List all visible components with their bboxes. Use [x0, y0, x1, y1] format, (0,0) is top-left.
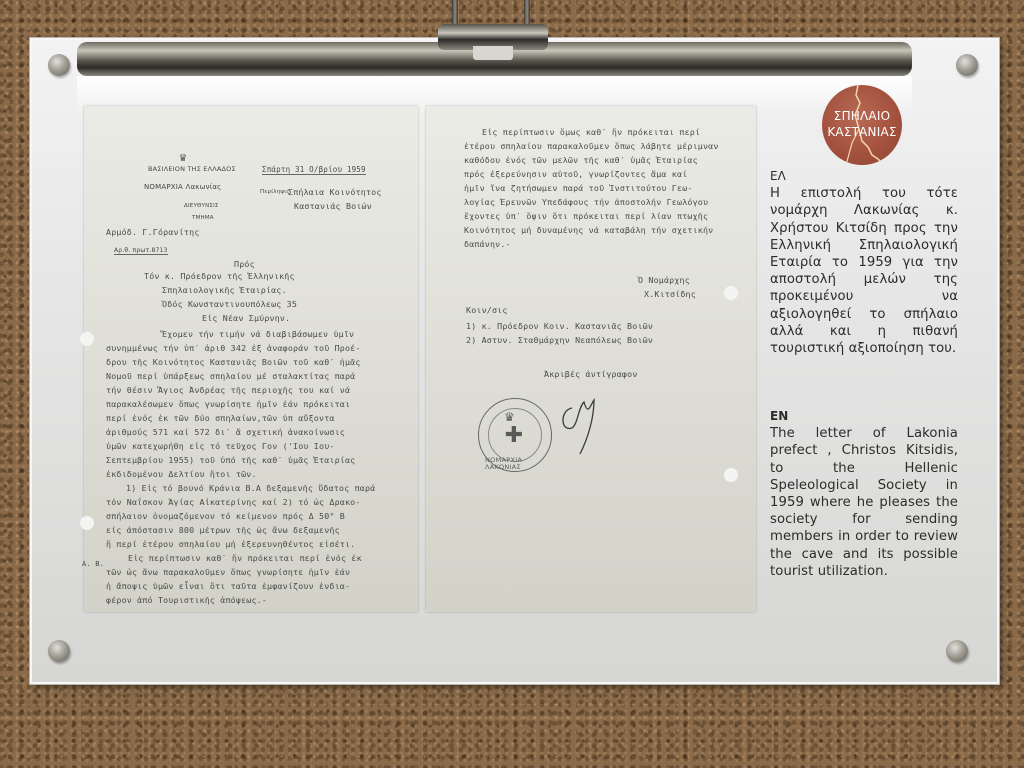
letter-line: τῶν ὡς ἄνω παρακαλοῦμεν ὅπως γνωρίσητε ἡ…	[106, 568, 350, 576]
caption-english: EN The letter of Lakonia prefect , Chris…	[770, 408, 958, 580]
logo-title-line2: ΚΑΣΤΑΝΙΑΣ	[822, 125, 902, 139]
letter-line: σπήλαιον ὀνομαζόμενον τό κείμενον πρός Δ…	[106, 512, 345, 520]
letter-line: καθόδου ἑνός τῶν μελῶν τῆς καθ᾽ ὑμᾶς Ἑτα…	[464, 156, 698, 164]
certified-copy-label: Ἀκριβές ἀντίγραφον	[544, 370, 638, 378]
letter-line: δρου τῆς Κοινότητος Καστανιᾶς Βοιῶν τοῦ …	[106, 358, 361, 366]
header-prefecture: ΝΟΜΑΡΧΙΑ Λακωνίας	[144, 184, 221, 191]
standoff-screw-bottom-left	[48, 640, 70, 662]
letter-line: λογίας Ἐρευνῶν Υπεδάφους τήν ἀποστολήν Γ…	[464, 198, 708, 206]
header-officer: Αρμόδ. Γ.Γόρανίτης	[106, 228, 200, 236]
letter-line: τήν θέσιν Ἅγιος Ἀνδρέας τῆς περιοχῆς του…	[106, 386, 350, 394]
letter-line: Πρός	[234, 260, 255, 268]
signature-title: Ὁ Νομάρχης	[638, 276, 690, 284]
letter-line: ὑμῶν κατεχωρήθη εἰς τό τεῦχος Γον ('Ιου …	[106, 442, 335, 450]
cave-logo-badge: ΣΠΗΛΑΙΟ ΚΑΣΤΑΝΙΑΣ	[822, 85, 902, 165]
letter-line: Εἰς περίπτωσιν καθ᾽ ἥν πρόκειται περί ἑν…	[128, 554, 362, 562]
logo-title-line1: ΣΠΗΛΑΙΟ	[822, 109, 902, 123]
standoff-screw-bottom-right	[946, 640, 968, 662]
caption-greek-text: Η επιστολή του τότε νομάρχη Λακωνίας κ. …	[770, 186, 958, 356]
letter-line: ἤ περί ἑτέρου σπηλαίου μή ἐξερευνηθέντος…	[106, 540, 355, 548]
caption-english-label: EN	[770, 408, 958, 425]
letter-line: Σεπτεμβρίου 1955) τοῦ ὑπό τῆς καθ᾽ ὑμᾶς …	[106, 456, 355, 464]
cc-label: Κοιν/σις	[466, 306, 508, 314]
royal-crest-icon: ♛	[176, 150, 190, 164]
letter-line: συνημμένως τήν ὑπ᾽ ἀριθ 342 ἐξ ἀναφοράν …	[106, 344, 361, 352]
letter-line: ἔχοντες ὑπ᾽ ὄψιν ὅτι πρόκειται περί λίαν…	[464, 212, 708, 220]
letter-line: δαπάνην.-	[464, 240, 511, 248]
letter-page-2: Εἰς περίπτωσιν ὅμως καθ᾽ ἥν πρόκειται πε…	[426, 106, 756, 612]
letter-line: ἡ ἄποψις ὑμῶν εἶναι ὅτι ταῦτα ἐμφανίζουν…	[106, 582, 350, 590]
crown-icon: ♛	[504, 411, 515, 423]
letter-line: παρακαλέσωμεν ὅπως γνωρίσητε ἡμῖν ἐάν πρ…	[106, 400, 350, 408]
lamp-clip	[473, 46, 513, 60]
cross-icon: ✚	[503, 425, 525, 447]
punch-hole	[80, 516, 94, 530]
punch-hole	[80, 332, 94, 346]
header-kingdom: ΒΑΣΙΛΕΙΟΝ ΤΗΣ ΕΛΛΑΔΟΣ	[148, 166, 236, 173]
letter-line: Εἰς περίπτωσιν ὅμως καθ᾽ ἥν πρόκειται πε…	[482, 128, 700, 136]
letter-line: Σπηλαιολογικῆς Ἑταιρίας.	[162, 286, 287, 294]
letter-line: 1) Εἰς τό βουνό Κράνια Β.Α δεξαμενῆς ὕδα…	[126, 484, 375, 492]
standoff-screw-top-left	[48, 54, 70, 76]
standoff-screw-top-right	[956, 54, 978, 76]
header-subject-label: Περίληψις	[260, 190, 290, 196]
punch-hole	[724, 468, 738, 482]
letter-page-1: ♛ ΒΑΣΙΛΕΙΟΝ ΤΗΣ ΕΛΛΑΔΟΣ ΝΟΜΑΡΧΙΑ Λακωνία…	[84, 106, 418, 612]
letter-line: Ὁδός Κωνσταντινουπόλεως 35	[162, 300, 297, 308]
caption-english-text: The letter of Lakonia prefect , Christos…	[770, 426, 958, 579]
letter-line: φέρον ἀπό Τουριστικῆς ἀπόψεως.-	[106, 596, 267, 604]
letter-line: Ἔχομεν τήν τιμήν νά διαβιβάσωμεν ὑμῖν	[162, 330, 354, 338]
header-place-date: Σπάρτη 31 Ο/βρίου 1959	[262, 166, 366, 175]
letter-line: ἑτέρου σπηλαίου παρακαλοῦμεν ὅπως λάβητε…	[464, 142, 719, 150]
caption-greek-label: ΕΛ	[770, 168, 958, 185]
caption-greek: ΕΛ Η επιστολή του τότε νομάρχη Λακωνίας …	[770, 168, 958, 357]
acrylic-display-panel: ♛ ΒΑΣΙΛΕΙΟΝ ΤΗΣ ΕΛΛΑΔΟΣ ΝΟΜΑΡΧΙΑ Λακωνία…	[30, 38, 999, 684]
letter-line: ἀριθμούς 571 καί 572 δι᾽ ἅ σχετική ἀνακο…	[106, 428, 345, 436]
header-subject-1: Σπήλαια Κοινότητος	[288, 188, 382, 196]
header-directorate: ΔΙΕΥΘΥΝΣΙΣ	[184, 204, 219, 210]
signature-name: Χ.Κιτσίδης	[644, 290, 696, 298]
letter-line: πρός ἐξερεύνησιν αὐτοῦ, γνωρίζοντες ἅμα …	[464, 170, 687, 178]
letter-line: Νομοῦ περί ὑπάρξεως σπηλαίου μέ σταλακτί…	[106, 372, 355, 380]
official-stamp: ♛ ✚ ΝΟΜΑΡΧΙΑ ΛΑΚΩΝΙΑΣ	[478, 398, 552, 472]
letter-line: Εἰς Νέαν Σμύρνην.	[202, 314, 290, 322]
letter-line: Κοινότητος μή δυναμένης νά καταβάλη τήν …	[464, 226, 713, 234]
cc-line-1: 1) κ. Πρόεδρον Κοιν. Καστανιᾶς Βοιῶν	[466, 322, 653, 330]
letter-line: ἐκδιδομένου Δελτίου ἤτοι τῶν.	[106, 470, 257, 478]
margin-note: Α. Β.	[82, 561, 104, 568]
header-subject-2: Καστανιάς Βοιών	[294, 202, 372, 210]
letter-line: τόν Ναΐσκον Ἁγίας Αἰκατερίνης καί 2) τό …	[106, 498, 361, 506]
handwritten-signature	[554, 388, 604, 458]
letter-line: ἡμῖν ἵνα ζητήσωμεν παρά τοῦ Ἰνστιτούτου …	[464, 184, 693, 192]
header-protocol: Αρ.θ. πρωτ.8713	[114, 248, 168, 255]
punch-hole	[724, 286, 738, 300]
cc-line-2: 2) Αστυν. Σταθμάρχην Νεαπόλεως Βοιῶν	[466, 336, 653, 344]
letter-line: εἰς ἀπόστασιν 800 μέτρων τῆς ὡς ἄνω δεξα…	[106, 526, 340, 534]
letter-line: περί ἑνός ἐκ τῶν δύο σπηλαίων,τῶν ὑπ αὔξ…	[106, 414, 335, 422]
letter-line: Τόν κ. Πρόεδρον τῆς Ἑλληνικῆς	[144, 272, 295, 280]
header-section: ΤΜΗΜΑ	[192, 216, 214, 222]
